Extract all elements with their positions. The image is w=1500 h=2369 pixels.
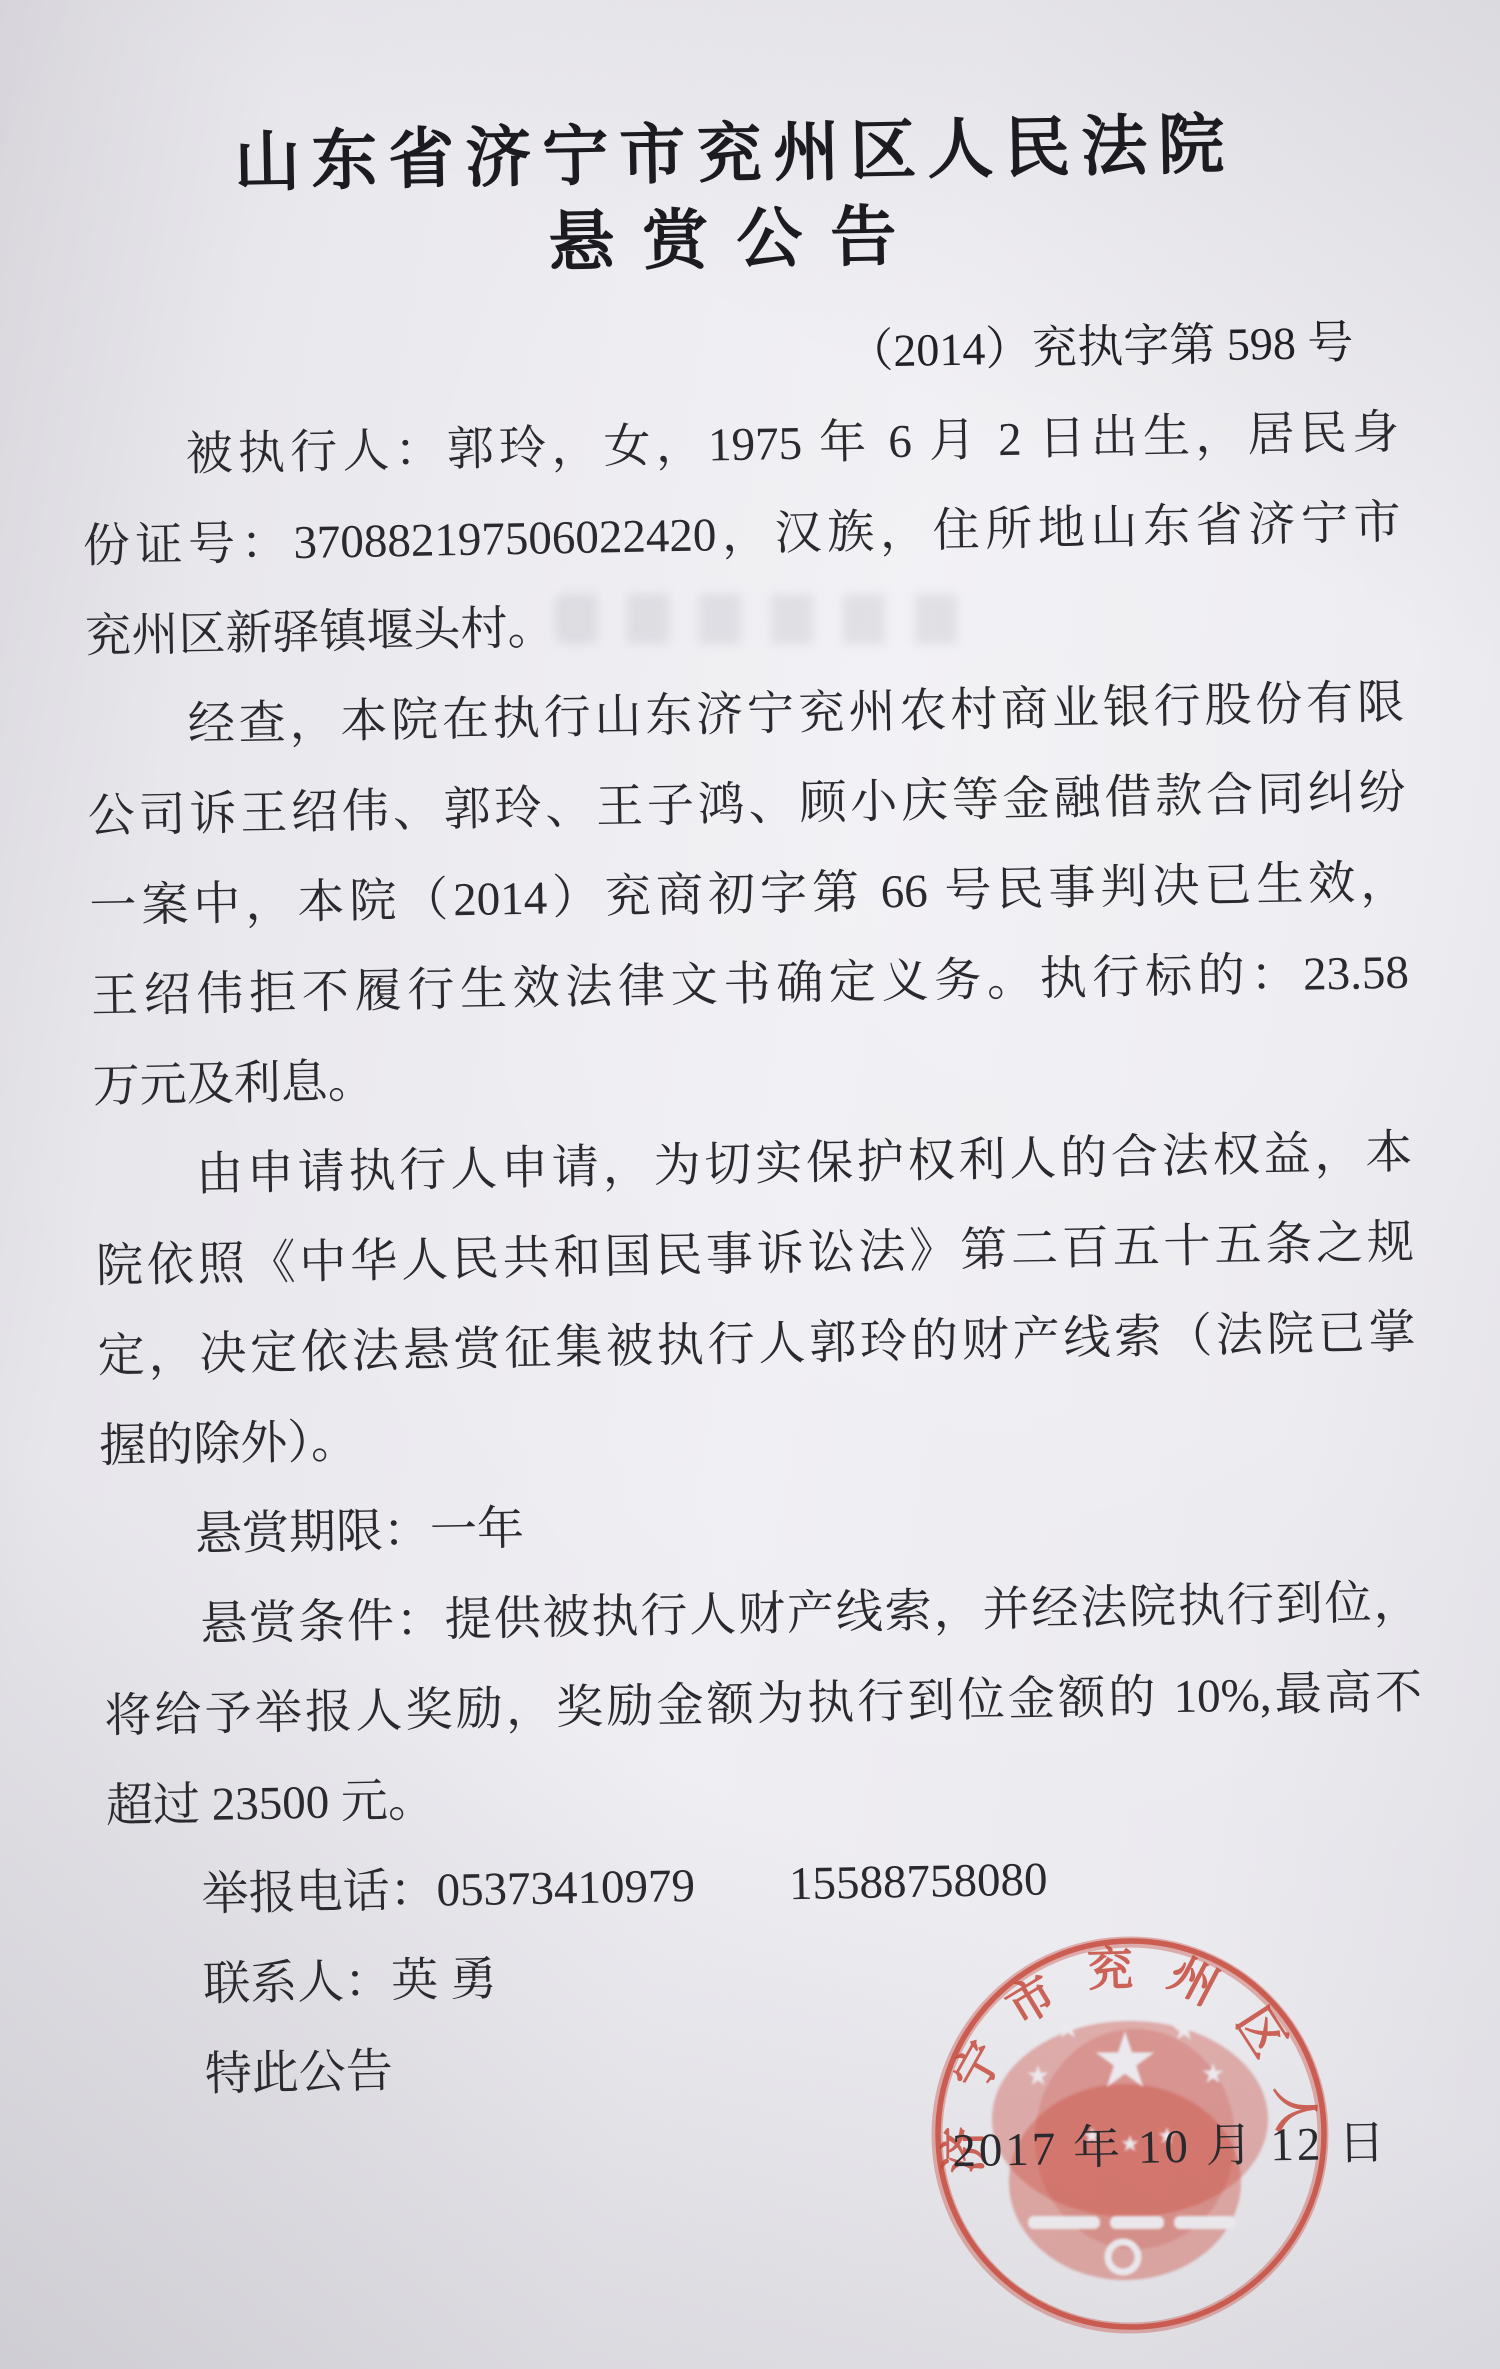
gate-bar — [1174, 2216, 1236, 2229]
notice-document: 山东省济宁市兖州区人民法院 悬赏公告 （2014）兖执字第 598 号 被执行人… — [75, 94, 1431, 2212]
photographed-notice-page: { "document": { "court_name": "山东省济宁市兖州区… — [0, 0, 1500, 2369]
case-number: （2014）兖执字第 598 号 — [79, 312, 1398, 396]
gate-bar — [1110, 2216, 1164, 2229]
notice-body: 被执行人：郭玲，女，1975 年 6 月 2 日出生，居民身 份证号：37088… — [80, 388, 1431, 2212]
gate-bar — [1028, 2216, 1100, 2229]
